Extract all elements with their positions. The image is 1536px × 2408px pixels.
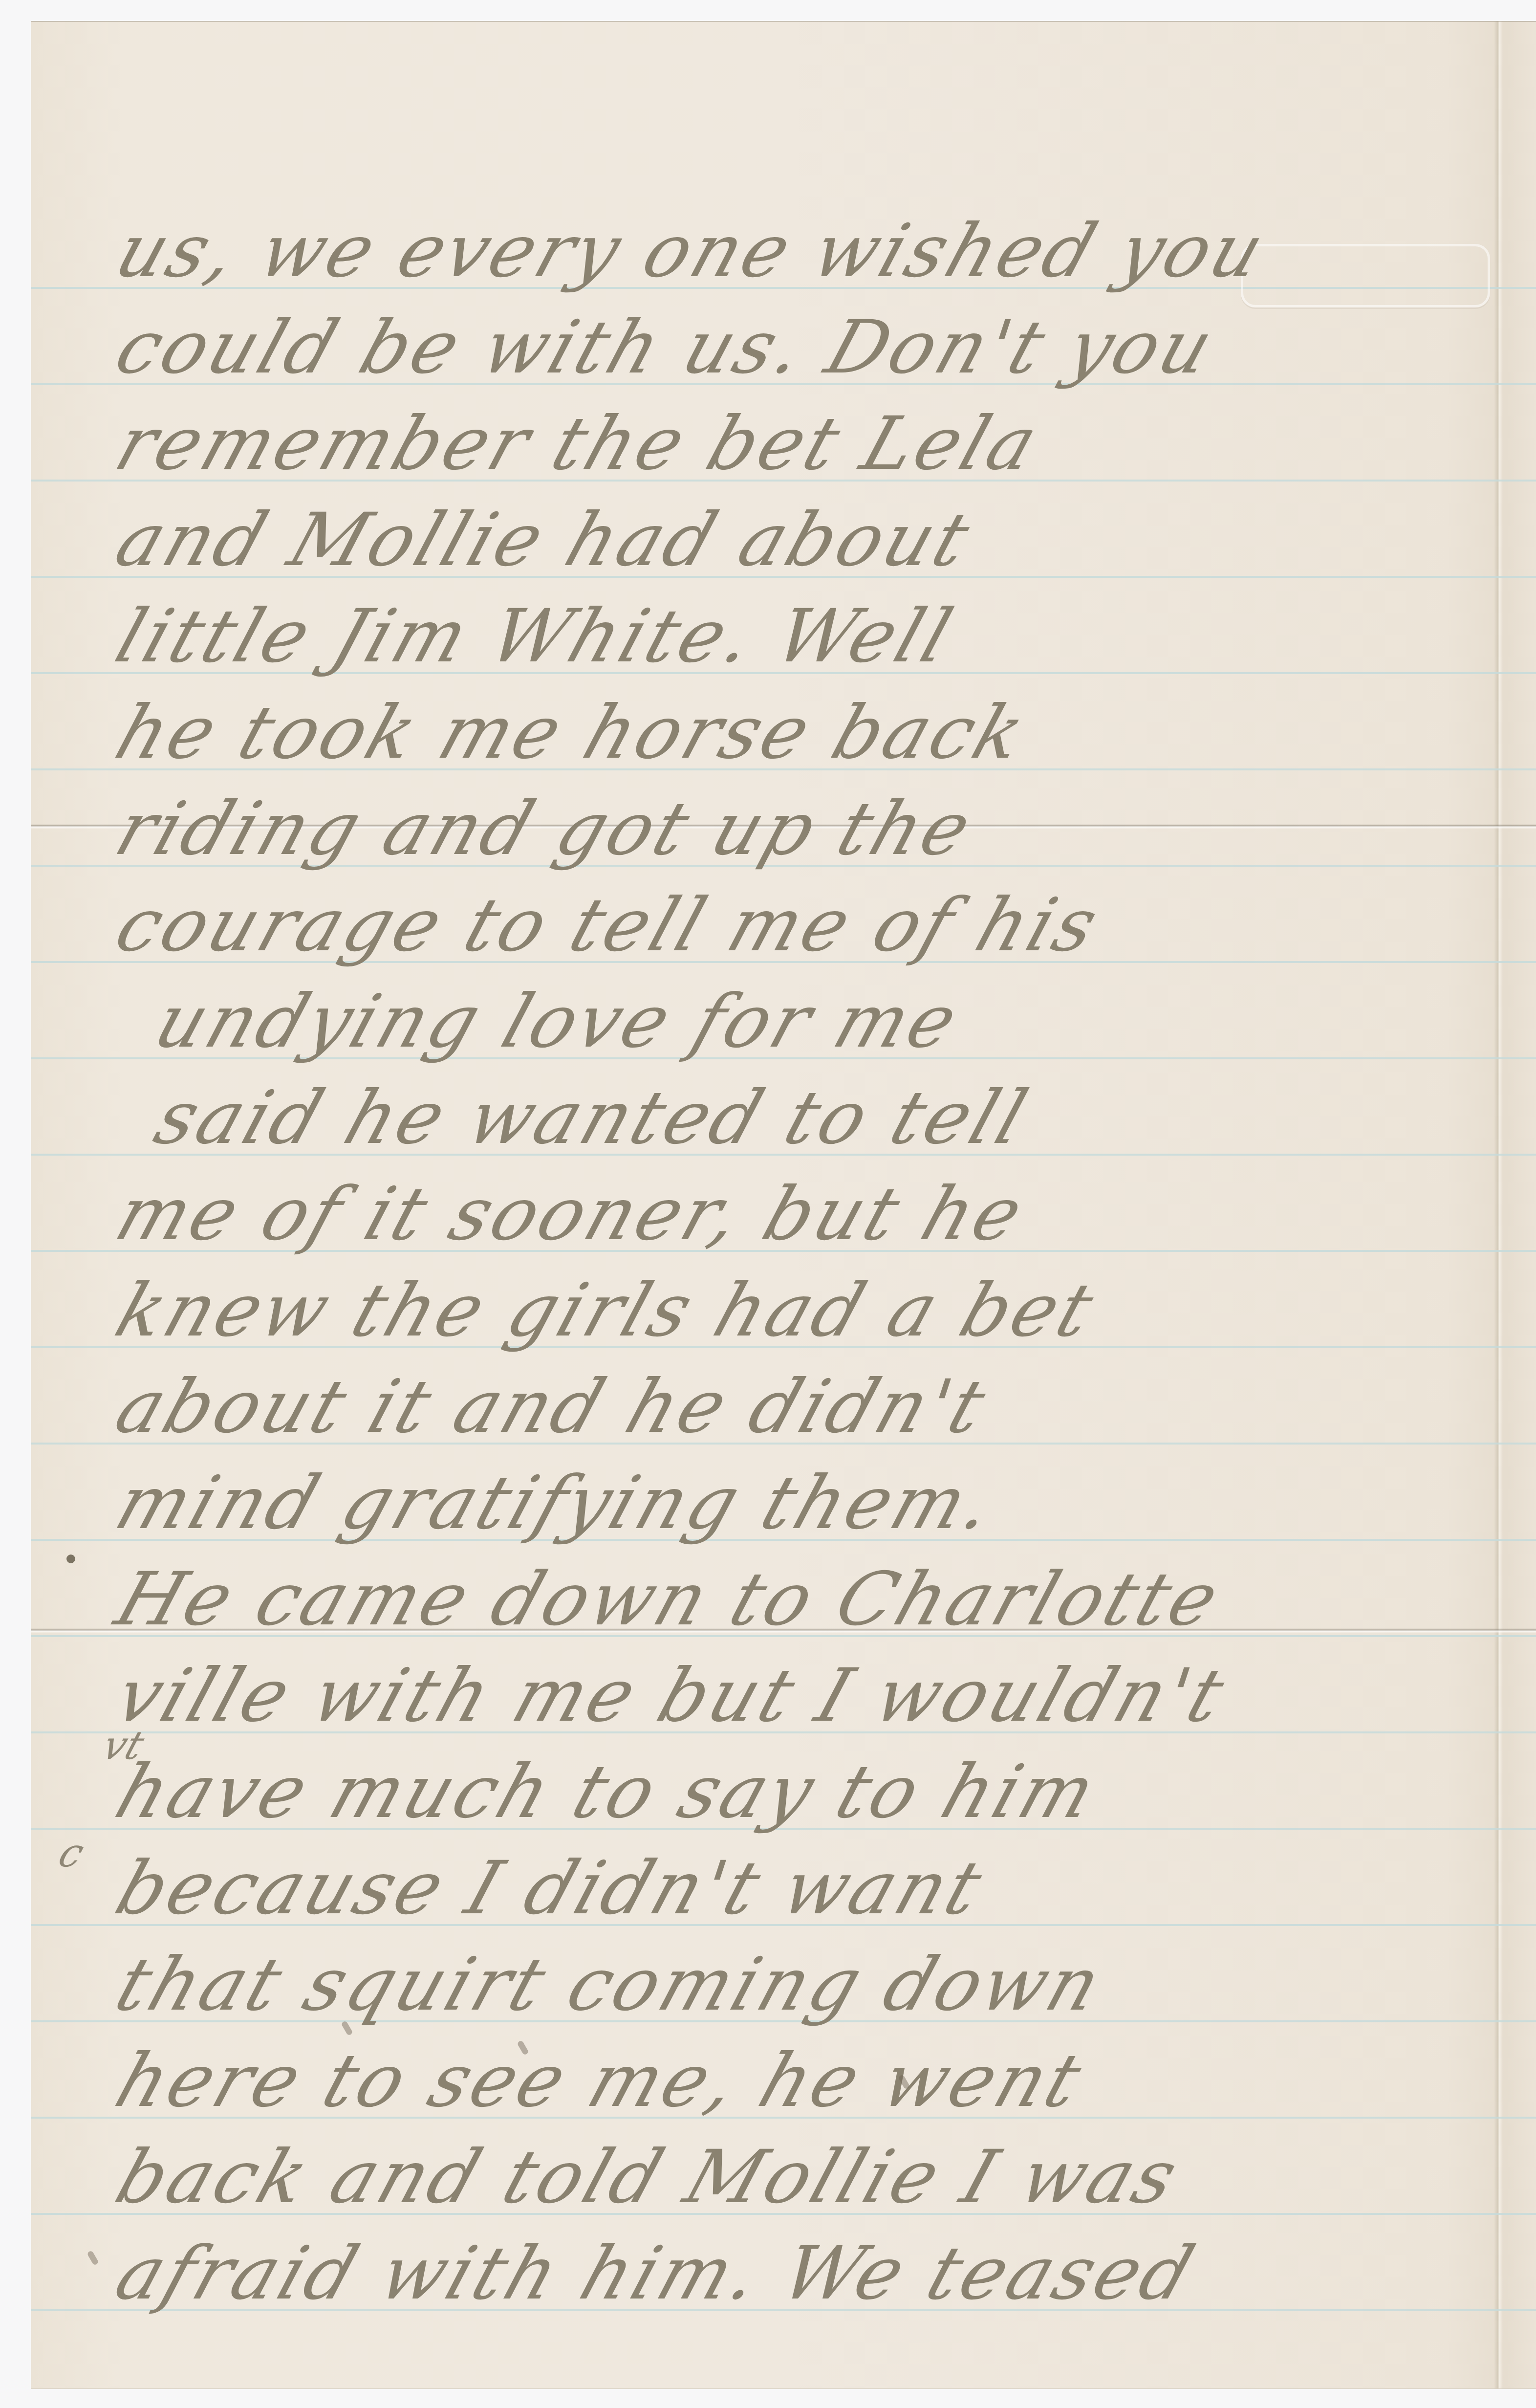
margin-note: c	[53, 1830, 90, 1876]
handwritten-line: me of it sooner, but he	[105, 1168, 1533, 1261]
handwritten-line: said he wanted to tell	[144, 1072, 1536, 1164]
ink-dot	[66, 1554, 75, 1563]
handwritten-line: and Mollie had about	[105, 494, 1533, 587]
handwritten-line: He came down to Charlotte	[105, 1553, 1533, 1646]
ink-smudge	[87, 2250, 99, 2266]
handwritten-line: afraid with him. We teased	[105, 2227, 1533, 2320]
handwritten-line: remember the bet Lela	[105, 397, 1533, 490]
handwritten-line: little Jim White. Well	[105, 590, 1533, 683]
handwritten-line: have much to say to him	[105, 1746, 1533, 1839]
handwritten-line: back and told Mollie I was	[105, 2131, 1533, 2224]
handwritten-line: because I didn't want	[105, 1842, 1533, 1935]
handwritten-line: he took me horse back	[105, 686, 1533, 779]
handwritten-line: courage to tell me of his	[105, 879, 1533, 972]
handwritten-line: could be with us. Don't you	[105, 301, 1533, 394]
handwritten-line: here to see me, he went	[105, 2035, 1533, 2127]
handwritten-line: that squirt coming down	[105, 1938, 1533, 2031]
handwritten-line: knew the girls had a bet	[105, 1264, 1533, 1357]
handwritten-line: mind gratifying them.	[105, 1457, 1533, 1550]
letter-page: us, we every one wished you could be wit…	[31, 22, 1536, 2388]
handwritten-line: riding and got up the	[105, 783, 1533, 876]
handwritten-line: us, we every one wished you	[105, 205, 1533, 298]
handwritten-line: ville with me but I wouldn't	[105, 1649, 1533, 1742]
handwritten-line: undying love for me	[144, 975, 1536, 1068]
handwritten-line: about it and he didn't	[105, 1360, 1533, 1453]
